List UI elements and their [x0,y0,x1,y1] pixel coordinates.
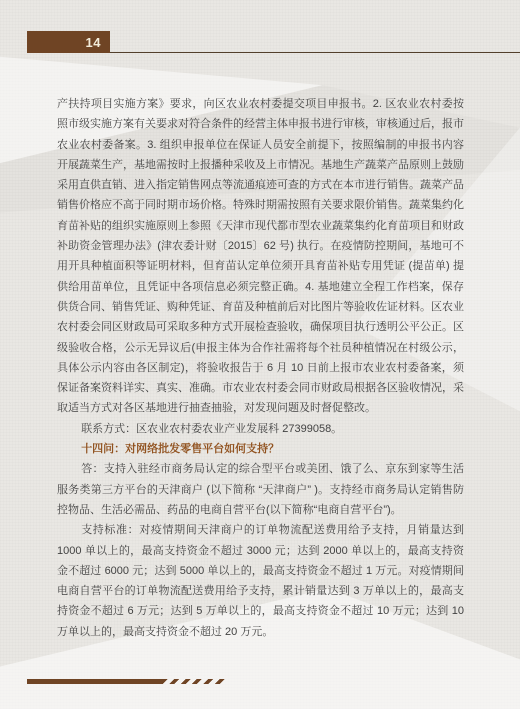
document-page: 14 产扶持项目实施方案》要求，向区农业农村委提交项目申报书。2. 区农业农村委… [0,0,520,709]
paragraph-vegetable-project-support: 产扶持项目实施方案》要求，向区农业农村委提交项目申报书。2. 区农业农村委按照市… [57,94,464,419]
page-number-badge: 14 [27,31,110,53]
document-body: 产扶持项目实施方案》要求，向区农业农村委提交项目申报书。2. 区农业农村委按照市… [57,94,464,642]
header-rule [110,52,520,53]
answer-paragraph: 答：支持入驻经市商务局认定的综合型平台或美团、饿了么、京东到家等生活服务类第三方… [57,459,464,520]
footer-bar-stripes [163,679,225,684]
support-standard-paragraph: 支持标准：对疫情期间天津商户的订单物流配送费用给予支持，月销量达到 1000 单… [57,520,464,642]
contact-line: 联系方式：区农业农村委农业产业发展科 27399058。 [57,419,464,439]
footer-bar-solid [27,679,163,684]
page-number: 14 [86,35,101,50]
question-14-heading: 十四问：对网络批发零售平台如何支持？ [57,439,464,459]
